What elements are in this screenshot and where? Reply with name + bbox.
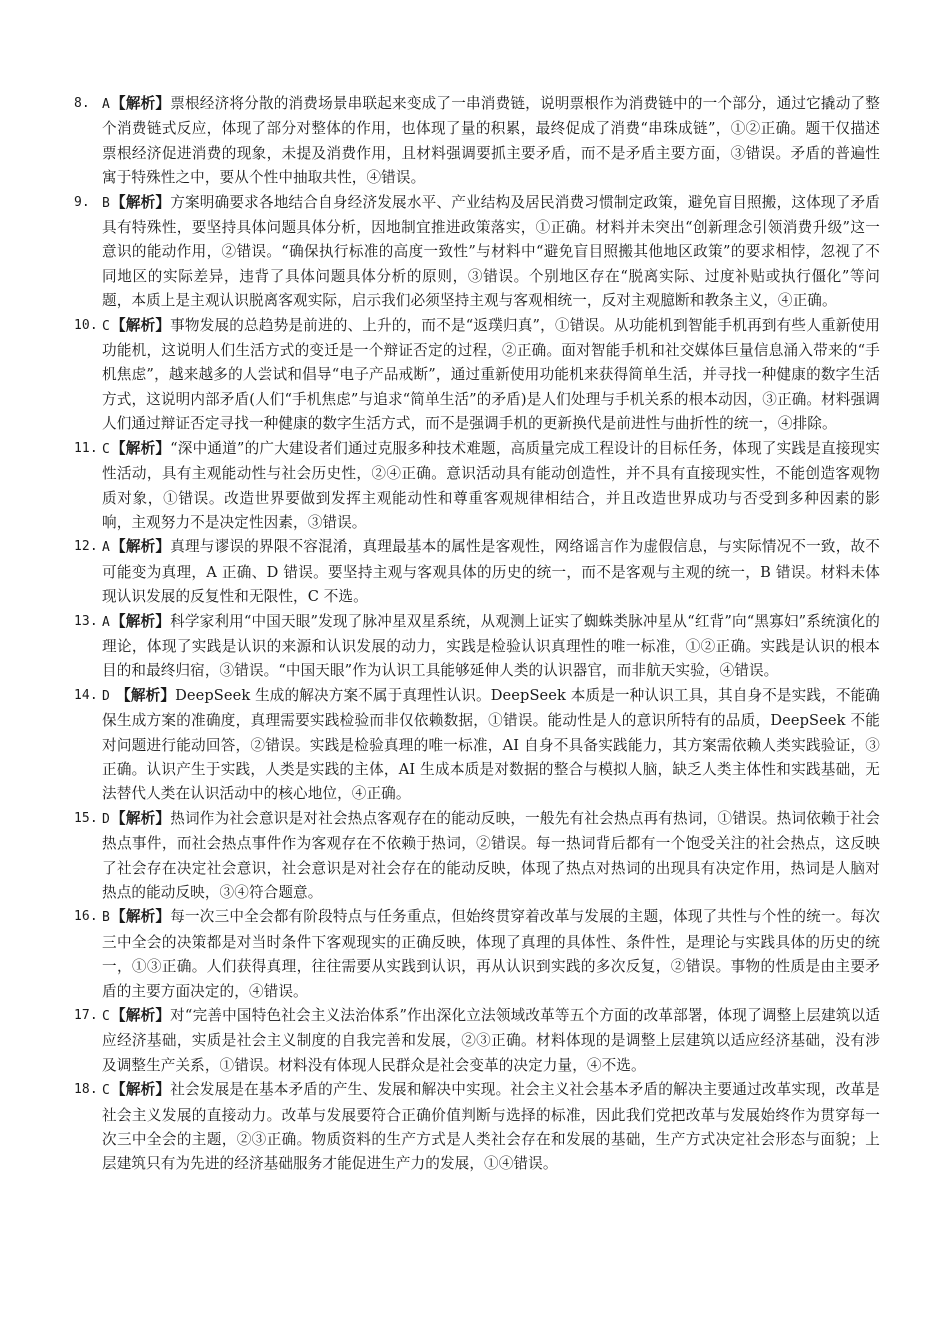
explanation-text: 社会发展是在基本矛盾的产生、发展和解决中实现。社会主义社会基本矛盾的解决主要通过… bbox=[102, 1081, 880, 1172]
explanation-text: 科学家利用“中国天眼”发现了脉冲星双星系统，从观测上证实了蜘蛛类脉冲星从“红背”… bbox=[102, 613, 880, 680]
question-number: 8. bbox=[74, 92, 102, 116]
answer-letter: B bbox=[102, 910, 110, 925]
answer-item-11: 11.C【解析】“深中通道”的广大建设者们通过克服多种技术难题，高质量完成工程设… bbox=[74, 437, 880, 536]
answer-item-9: 9.B【解析】方案明确要求各地结合自身经济发展水平、产业结构及居民消费习惯制定政… bbox=[74, 191, 880, 314]
question-number: 9. bbox=[74, 191, 102, 215]
analysis-tag: 【解析】 bbox=[111, 538, 170, 555]
answer-letter: D bbox=[102, 812, 110, 827]
analysis-tag: 【解析】 bbox=[111, 1081, 170, 1098]
question-number: 13. bbox=[74, 610, 102, 634]
answer-letter: A bbox=[102, 97, 110, 112]
answer-item-16: 16.B【解析】每一次三中全会都有阶段特点与任务重点，但始终贯穿着改革与发展的主… bbox=[74, 905, 880, 1004]
question-number: 15. bbox=[74, 807, 102, 831]
analysis-tag: 【解析】 bbox=[111, 1007, 170, 1024]
answer-letter: B bbox=[102, 196, 110, 211]
question-number: 12. bbox=[74, 535, 102, 559]
answer-letter: C bbox=[102, 1009, 110, 1024]
explanation-text: 对“完善中国特色社会主义法治体系”作出深化立法领域改革等五个方面的改革部署，体现… bbox=[102, 1007, 880, 1074]
explanation-text: 每一次三中全会都有阶段特点与任务重点，但始终贯穿着改革与发展的主题，体现了共性与… bbox=[102, 908, 880, 999]
analysis-tag: 【解析】 bbox=[111, 194, 170, 211]
analysis-tag: 【解析】 bbox=[111, 613, 170, 630]
answer-item-10: 10.C【解析】事物发展的总趋势是前进的、上升的，而不是“返璞归真”，①错误。从… bbox=[74, 314, 880, 437]
answer-item-17: 17.C【解析】对“完善中国特色社会主义法治体系”作出深化立法领域改革等五个方面… bbox=[74, 1004, 880, 1078]
answer-item-13: 13.A【解析】科学家利用“中国天眼”发现了脉冲星双星系统，从观测上证实了蜘蛛类… bbox=[74, 610, 880, 684]
answer-letter: A bbox=[102, 540, 110, 555]
answer-item-8: 8.A【解析】票根经济将分散的消费场景串联起来变成了一串消费链，说明票根作为消费… bbox=[74, 92, 880, 191]
answer-letter: C bbox=[102, 319, 110, 334]
explanation-text: 热词作为社会意识是对社会热点客观存在的能动反映，一般先有社会热点再有热词，①错误… bbox=[102, 810, 880, 901]
answer-letter: C bbox=[102, 442, 110, 457]
answer-explanations: 8.A【解析】票根经济将分散的消费场景串联起来变成了一串消费链，说明票根作为消费… bbox=[74, 92, 880, 1177]
answer-item-14: 14.D 【解析】DeepSeek 生成的解决方案不属于真理性认识。DeepSe… bbox=[74, 684, 880, 807]
analysis-tag: 【解析】 bbox=[111, 687, 175, 704]
question-number: 17. bbox=[74, 1004, 102, 1028]
question-number: 14. bbox=[74, 684, 102, 708]
explanation-text: 事物发展的总趋势是前进的、上升的，而不是“返璞归真”，①错误。从功能机到智能手机… bbox=[102, 317, 880, 433]
analysis-tag: 【解析】 bbox=[111, 440, 170, 457]
answer-letter: D bbox=[102, 689, 110, 704]
explanation-text: 方案明确要求各地结合自身经济发展水平、产业结构及居民消费习惯制定政策，避免盲目照… bbox=[102, 194, 880, 310]
answer-item-18: 18.C【解析】社会发展是在基本矛盾的产生、发展和解决中实现。社会主义社会基本矛… bbox=[74, 1078, 880, 1177]
question-number: 11. bbox=[74, 437, 102, 461]
question-number: 10. bbox=[74, 314, 102, 338]
analysis-tag: 【解析】 bbox=[111, 908, 170, 925]
question-number: 16. bbox=[74, 905, 102, 929]
analysis-tag: 【解析】 bbox=[111, 95, 170, 112]
explanation-text: 真理与谬误的界限不容混淆，真理最基本的属性是客观性，网络谣言作为虚假信息，与实际… bbox=[102, 538, 880, 605]
explanation-text: “深中通道”的广大建设者们通过克服多种技术难题，高质量完成工程设计的目标任务，体… bbox=[102, 440, 880, 531]
analysis-tag: 【解析】 bbox=[111, 317, 170, 334]
explanation-text: DeepSeek 生成的解决方案不属于真理性认识。DeepSeek 本质是一种认… bbox=[102, 687, 880, 803]
explanation-text: 票根经济将分散的消费场景串联起来变成了一串消费链，说明票根作为消费链中的一个部分… bbox=[102, 95, 880, 186]
analysis-tag: 【解析】 bbox=[111, 810, 170, 827]
answer-letter: C bbox=[102, 1083, 110, 1098]
question-number: 18. bbox=[74, 1078, 102, 1102]
answer-item-15: 15.D【解析】热词作为社会意识是对社会热点客观存在的能动反映，一般先有社会热点… bbox=[74, 807, 880, 906]
answer-letter: A bbox=[102, 615, 110, 630]
answer-item-12: 12.A【解析】真理与谬误的界限不容混淆，真理最基本的属性是客观性，网络谣言作为… bbox=[74, 535, 880, 609]
